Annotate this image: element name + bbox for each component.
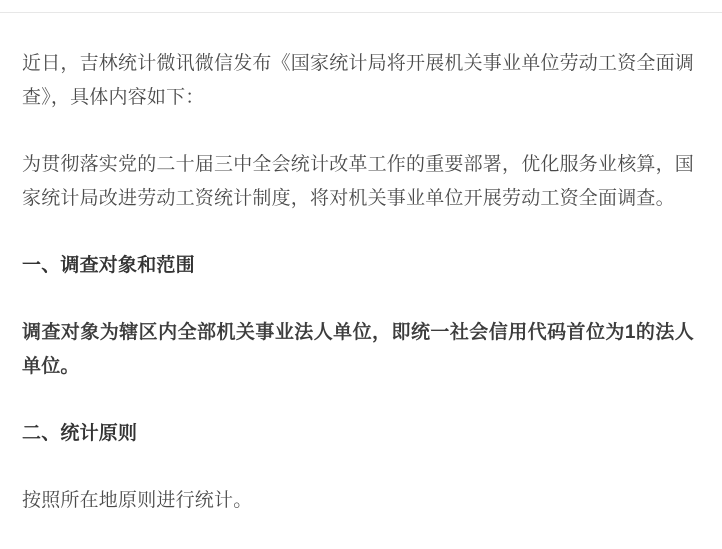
article-page: 近日，吉林统计微讯微信发布《国家统计局将开展机关事业单位劳动工资全面调查》，具体… xyxy=(0,0,722,549)
article-content: 近日，吉林统计微讯微信发布《国家统计局将开展机关事业单位劳动工资全面调查》，具体… xyxy=(0,13,722,548)
section-heading-survey-scope: 一、调查对象和范围 xyxy=(22,249,694,283)
paragraph-intro: 近日，吉林统计微讯微信发布《国家统计局将开展机关事业单位劳动工资全面调查》，具体… xyxy=(22,47,694,115)
paragraph-survey-scope-detail: 调查对象为辖区内全部机关事业法人单位，即统一社会信用代码首位为1的法人单位。 xyxy=(22,316,694,384)
section-heading-statistic-principle: 二、统计原则 xyxy=(22,417,694,451)
paragraph-statistic-principle-detail: 按照所在地原则进行统计。 xyxy=(22,484,694,518)
paragraph-policy-background: 为贯彻落实党的二十届三中全会统计改革工作的重要部署，优化服务业核算，国家统计局改… xyxy=(22,148,694,216)
